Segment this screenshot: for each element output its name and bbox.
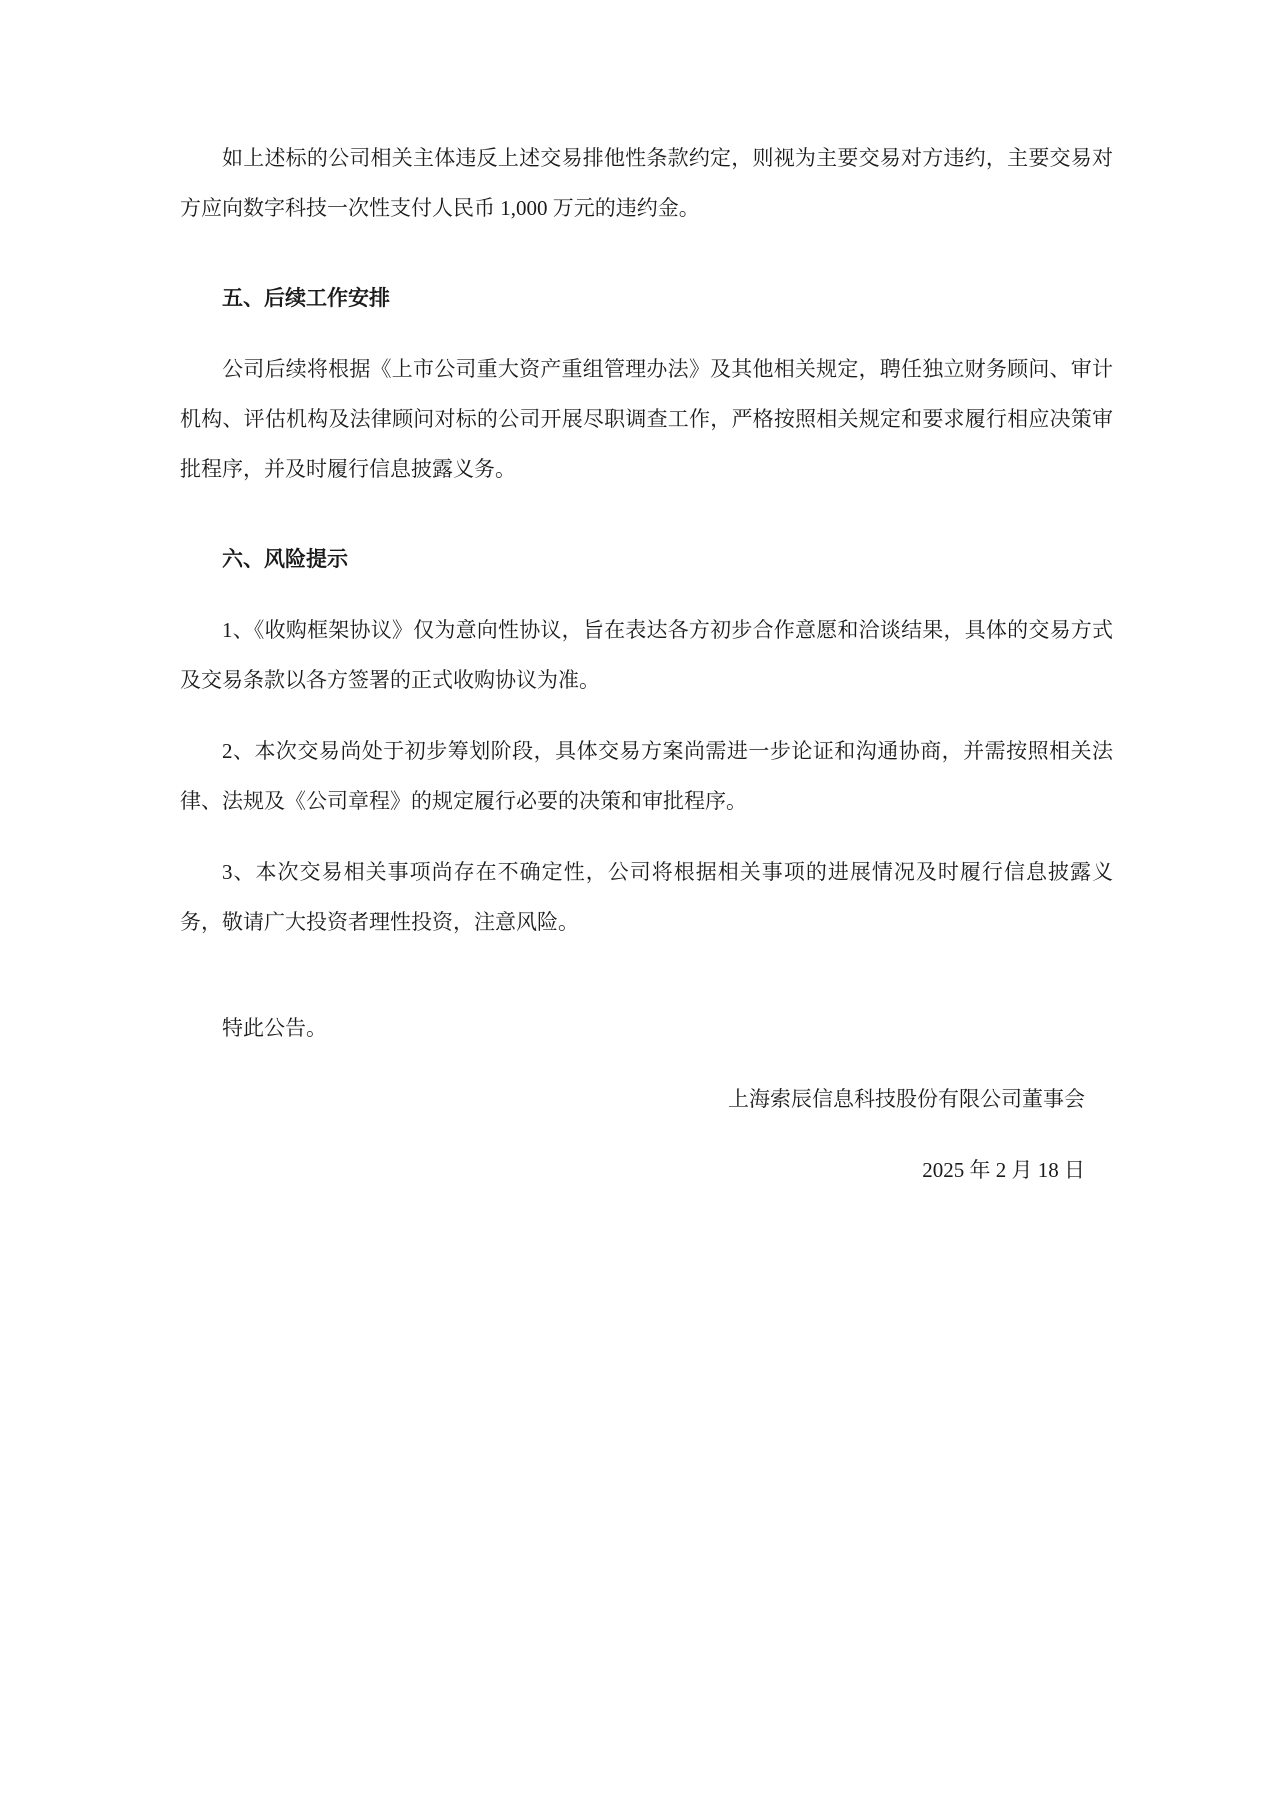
- closing-statement: 特此公告。: [180, 1003, 1113, 1053]
- intro-paragraph: 如上述标的公司相关主体违反上述交易排他性条款约定，则视为主要交易对方违约，主要交…: [180, 133, 1113, 233]
- section-five-heading: 五、后续工作安排: [180, 273, 1113, 323]
- risk-item-1: 1、《收购框架协议》仅为意向性协议，旨在表达各方初步合作意愿和洽谈结果，具体的交…: [180, 605, 1113, 705]
- section-six-heading: 六、风险提示: [180, 534, 1113, 584]
- document-body: 如上述标的公司相关主体违反上述交易排他性条款约定，则视为主要交易对方违约，主要交…: [0, 0, 1280, 1195]
- risk-item-3: 3、本次交易相关事项尚存在不确定性，公司将根据相关事项的进展情况及时履行信息披露…: [180, 847, 1113, 947]
- risk-item-2: 2、本次交易尚处于初步筹划阶段，具体交易方案尚需进一步论证和沟通协商，并需按照相…: [180, 726, 1113, 826]
- section-five-paragraph: 公司后续将根据《上市公司重大资产重组管理办法》及其他相关规定，聘任独立财务顾问、…: [180, 344, 1113, 494]
- announcement-page: 如上述标的公司相关主体违反上述交易排他性条款约定，则视为主要交易对方违约，主要交…: [0, 0, 1280, 1809]
- signature-date: 2025 年 2 月 18 日: [180, 1145, 1113, 1195]
- signature-company: 上海索辰信息科技股份有限公司董事会: [180, 1074, 1113, 1124]
